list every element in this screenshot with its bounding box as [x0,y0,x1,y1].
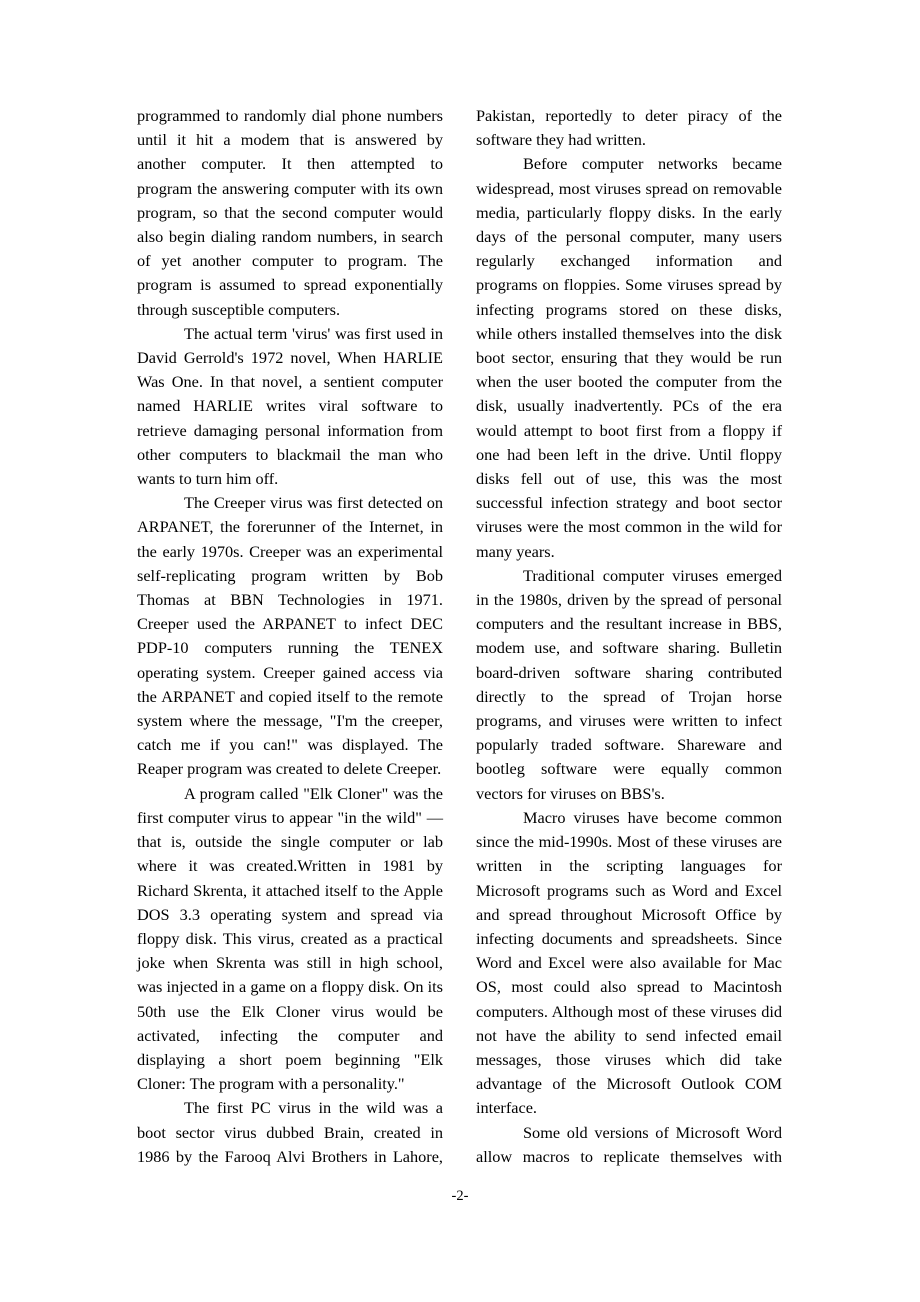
page-footer: -2- [0,1186,920,1206]
paragraph: Some old versions of Microsoft Word allo… [476,1121,782,1169]
left-column: programmed to randomly dial phone number… [137,104,443,1169]
paragraph: The first PC virus in the wild was a boo… [137,1096,443,1169]
paragraph-continuation: Pakistan, reportedly to deter piracy of … [476,104,782,152]
document-page: programmed to randomly dial phone number… [0,0,920,1302]
paragraph: The actual term 'virus' was first used i… [137,322,443,491]
page-number: -2- [452,1188,469,1204]
right-column: Pakistan, reportedly to deter piracy of … [476,104,782,1169]
paragraph-continuation: programmed to randomly dial phone number… [137,104,443,322]
paragraph: The Creeper virus was first detected on … [137,491,443,781]
paragraph: A program called "Elk Cloner" was the fi… [137,782,443,1097]
paragraph: Macro viruses have become common since t… [476,806,782,1121]
paragraph: Traditional computer viruses emerged in … [476,564,782,806]
text-columns: programmed to randomly dial phone number… [137,104,782,1169]
paragraph: Before computer networks became widespre… [476,152,782,563]
